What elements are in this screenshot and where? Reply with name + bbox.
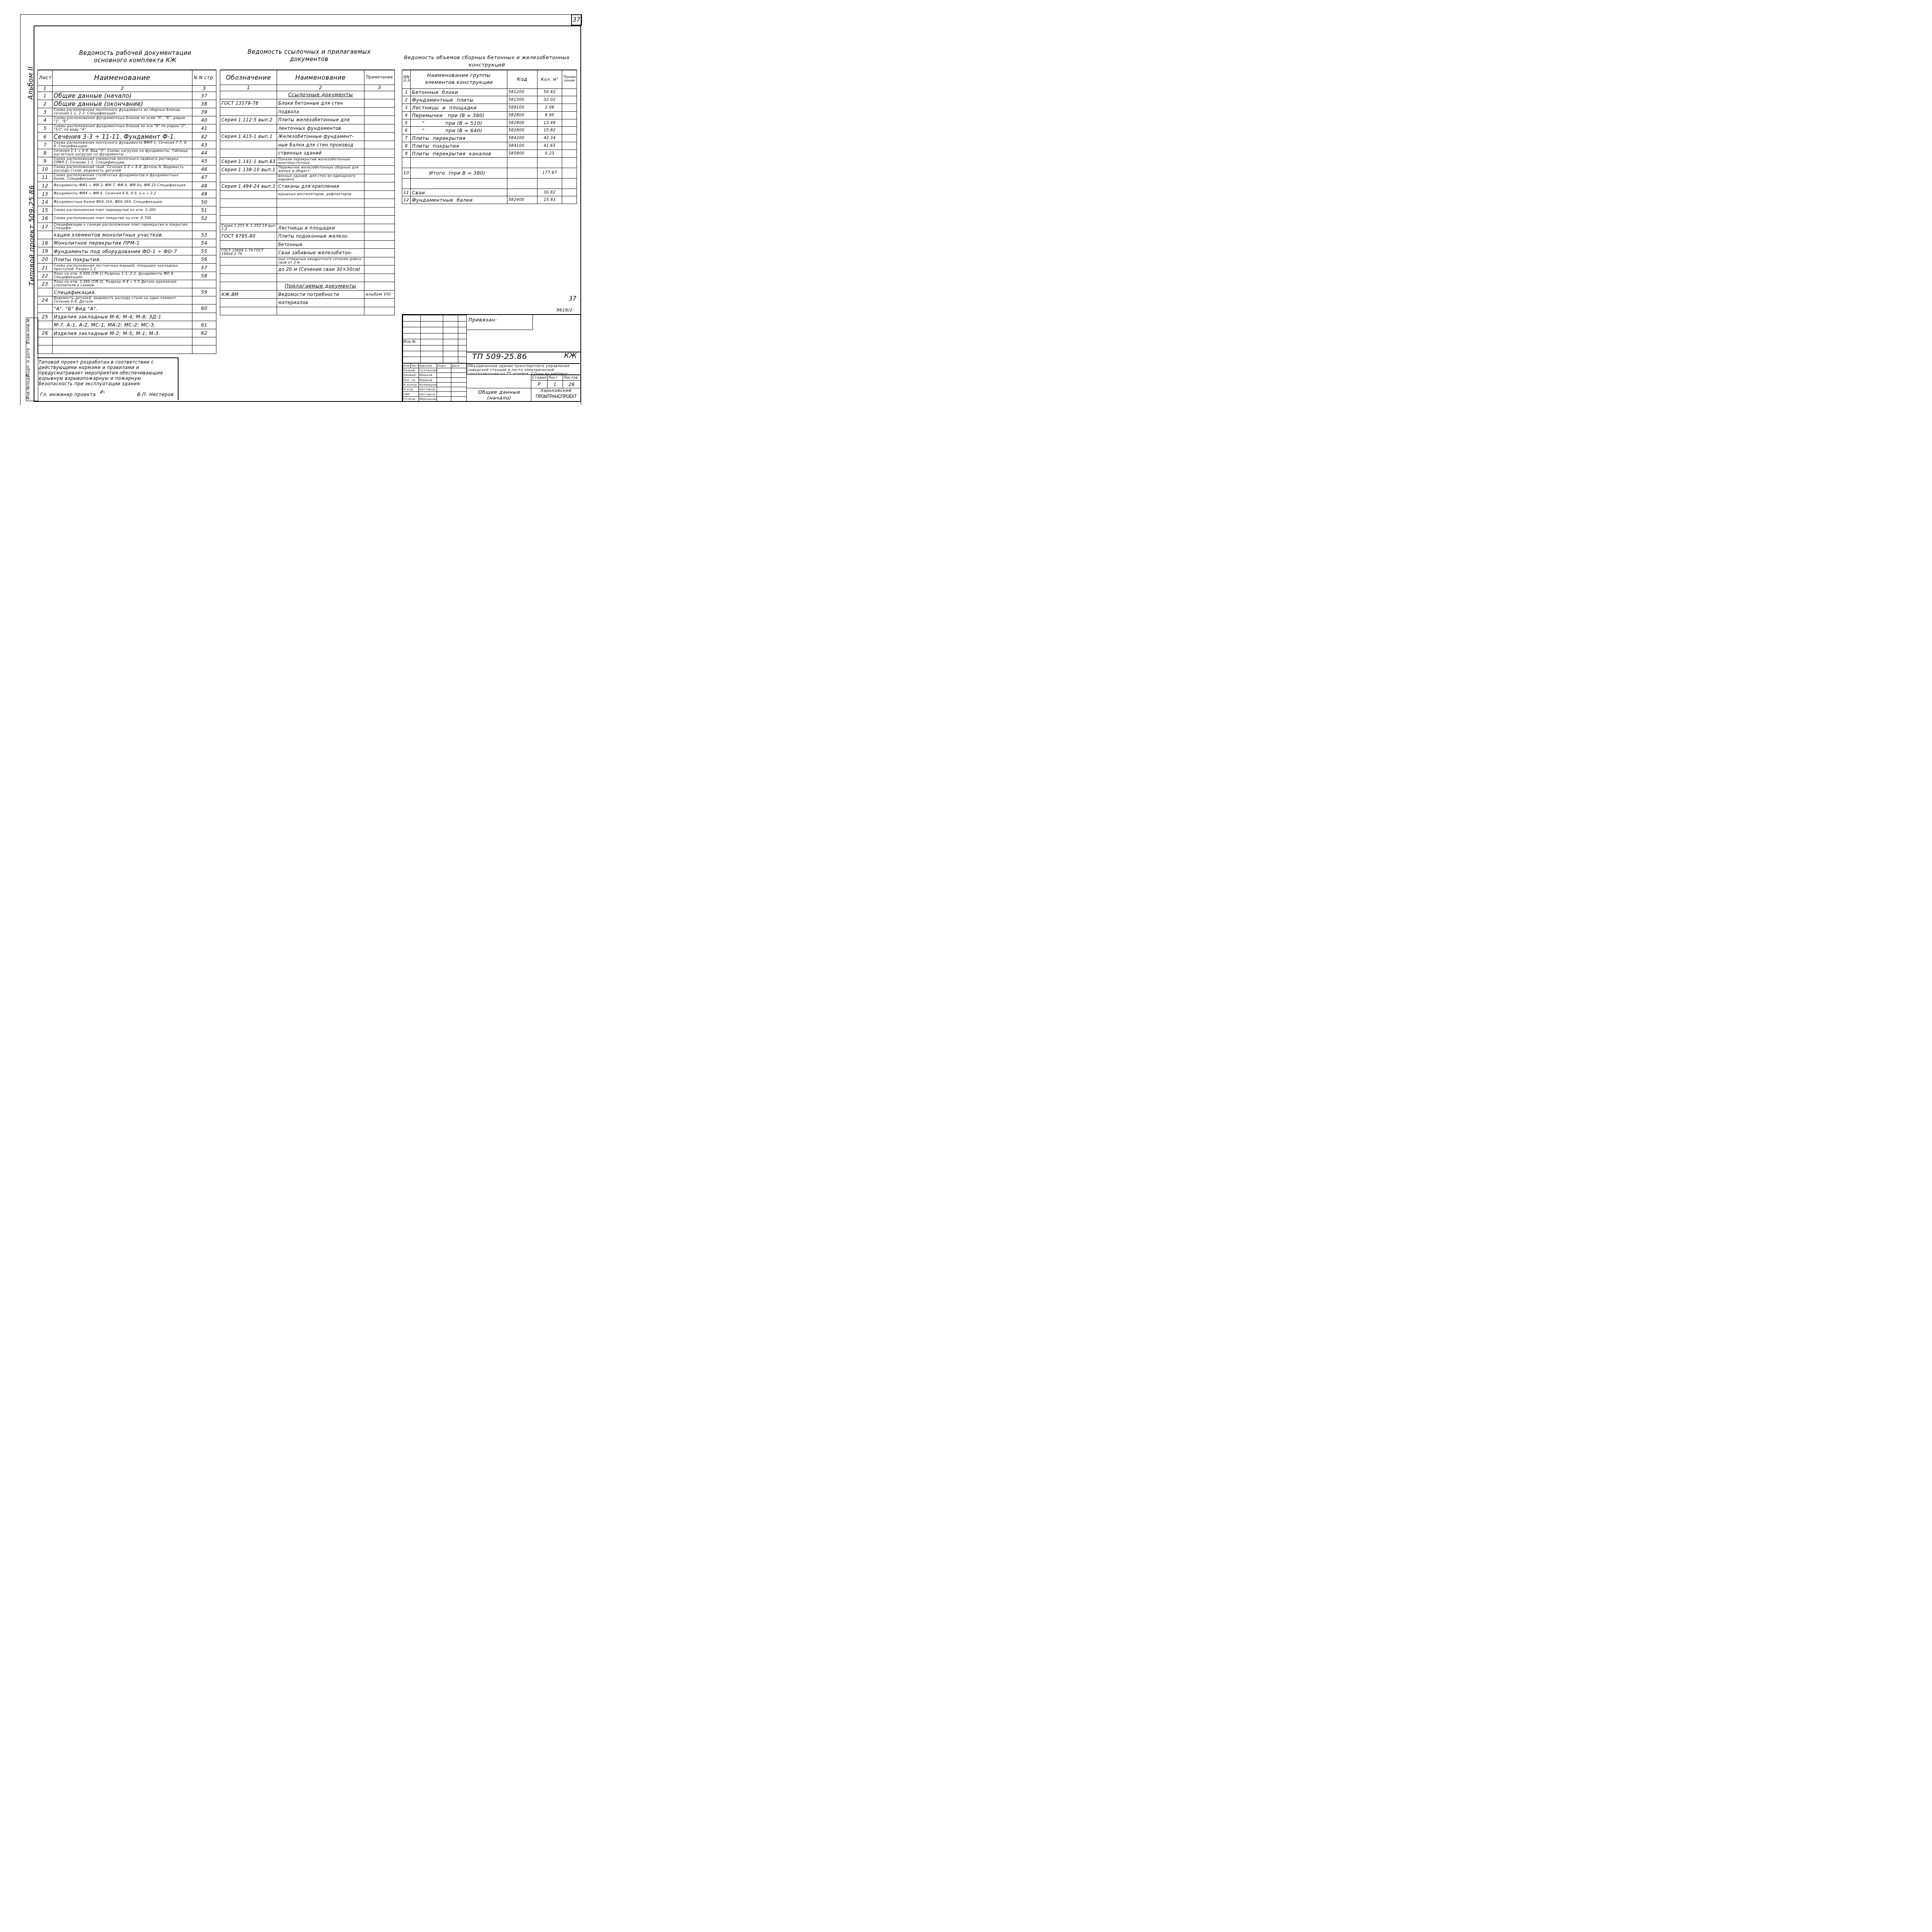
reference-note-cell [364,133,395,141]
col-note-header: Приме-чание [562,70,577,88]
document-name-cell: Схемы расположения фундаментных блоков п… [53,116,192,124]
table-row: 3Лестницы и площадки5891002.06 [402,104,577,112]
reference-name-cell: ные балки для стен производ [277,141,364,149]
page-number-cell: 42 [192,133,216,141]
working-docs-title-line2: основного комплекта КЖ [58,57,213,64]
table-row [220,307,395,315]
date-cell [451,387,467,392]
col-number: 1 [220,85,277,91]
sheet-number-cell: 6 [38,133,53,141]
row-number-cell: 11 [402,189,411,196]
table-row: 7Схема расположения ленточного фундамент… [38,141,216,149]
row-number-cell: 4 [402,111,411,119]
page-number-cell: 56 [192,255,216,264]
reference-name-cell [277,199,364,207]
reference-name-cell: Железобетонные фундамент- [277,133,364,141]
reference-name-cell: материалов [277,299,364,307]
table-row: 7Плиты перекрытия58420042.34 [402,134,577,142]
sheet-number-cell: 14 [38,198,53,206]
reference-note-cell [364,149,395,158]
table-row: ГОСТ 13579-78Блоки бетонные для стен [220,99,395,108]
group-name-cell [411,157,507,168]
table-row: ственных зданий [220,149,395,158]
table-row: 4Схемы расположения фундаментных блоков … [38,116,216,124]
sheet-number-cell: 9 [38,157,53,165]
code-cell: 582800 [507,119,537,127]
sheet-title-line2: (начало) [470,395,528,401]
designation-cell [220,190,277,199]
designation-cell [220,107,277,116]
signatures-table: ИзмЛист№докум.Подп.ДатаРазраб.СултановаП… [403,363,467,401]
sheet-number-cell [38,304,53,313]
signature-role: Провер. [403,373,419,378]
reference-note-cell [364,174,395,182]
table-row: Спецификация.59 [38,288,216,296]
signature-row: Провер.Машков [403,373,467,378]
reference-note-cell [364,299,395,307]
col-name-header: Наименование [53,70,192,85]
designation-cell: ГОСТ 19804.1-79 ГОСТ 19804.2-79 [220,249,277,257]
note-cell [562,150,577,157]
revision-cell [443,315,458,321]
signature-role: ГИП [403,392,419,396]
designation-cell [220,207,277,216]
designation-cell [220,91,277,99]
page-number-cell [192,296,216,304]
designation-cell: ГОСТ 13579-78 [220,99,277,108]
page-number-cell: 45 [192,157,216,165]
document-name-cell: Монолитное перекрытие ПРМ-1 [53,239,192,247]
signature-mark: ✍ [100,388,105,396]
page-number-cell: 61 [192,321,216,329]
reference-name-cell: Плиты подоконные железо- [277,232,364,241]
col-sheet-header: Лист [38,70,53,85]
group-name-cell: Сваи [411,189,507,196]
col-group-name-header: Наименование группы элементов конструкци… [411,70,507,88]
page-number-cell [192,313,216,321]
code-cell: 584100 [507,142,537,150]
col-number: 2 [277,85,364,91]
designation-cell [220,149,277,158]
designation-cell: Серия 1.138-10 вып.1 [220,166,277,174]
revision-cell [403,345,421,351]
working-docs-title-line1: Ведомость рабочей документации [58,49,213,57]
table-row: 24Ведомость деталей, ведомость расхода с… [38,296,216,304]
table-row: 6 " при (В = 640)58280015.82 [402,127,577,134]
table-row [220,216,395,224]
designation-cell [220,174,277,182]
table-row: 6Сечения 3-3 ÷ 11-11. Фундамент Ф-1.42 [38,133,216,141]
note-cell [562,157,577,168]
page-number-cell: 60 [192,304,216,313]
document-name-cell: Плиты покрытия. [53,255,192,264]
binding-area [466,330,581,352]
revision-cell [458,339,467,345]
table-row: 9Схема расположения элементов ленточного… [38,157,216,165]
signature-row: Гл.инж.Мирошников [403,396,467,401]
note-cell [562,127,577,134]
col-number: 2 [53,85,192,92]
reference-name-cell [277,274,364,282]
document-name-cell: Изделия закладные М-6; М-4; М-8; ЗД-1 [53,313,192,321]
volumes-title-line1: Ведомость объемов сборных бетонных и жел… [402,54,572,61]
code-cell [507,189,537,196]
table-row [220,274,395,282]
sheet-number-cell: 16 [38,214,53,223]
designation-cell [220,216,277,224]
page-number-cell: 62 [192,329,216,337]
note-cell [562,178,577,189]
table-row: 1Общие данные (начало)37 [38,92,216,100]
document-name-cell [53,345,192,354]
sheet-number-cell [38,337,53,345]
document-name-cell: План на отм. 3.300 (СМ-2). Разрезы 4-4 ÷… [53,280,192,288]
table-row: 16Схема расположения плит покрытия на от… [38,214,216,223]
table-row: 10 Итого (при В = 380)177.67 [402,168,577,178]
table-row: 1Бетонные блоки58120050.42 [402,88,577,96]
revision-cell [403,333,421,339]
reference-name-cell: до 20 м (Сечение сваи 30×30см) [277,265,364,274]
document-name-cell: Спецификации к схемам расположения плит … [53,223,192,231]
quantity-cell: 42.34 [537,134,562,142]
reference-note-cell [364,240,395,249]
col-note-header: Примечание [364,70,395,85]
code-cell: 584200 [507,134,537,142]
sheet-number-cell: 1 [38,92,53,100]
stage-table: Стадия Лист Листов Р 1 26 [531,375,581,388]
page-number-cell [192,345,216,354]
designation-cell: Серия 1.251-4, 1.252-14 вып 1,2 [220,224,277,232]
revision-cell [443,345,458,351]
col-number: 3 [364,85,395,91]
reference-name-cell: ные сплошные квадратного сечения длина с… [277,257,364,265]
page-number-cell: 58 [192,272,216,280]
row-number-cell: 8 [402,142,411,150]
row-number-cell: 12 [402,196,411,204]
page-number-cell: 53 [192,231,216,239]
table-row: 12Фундаментные балки58240015.93 [402,196,577,204]
reference-name-cell: Перемычки железобетонные сборные для жил… [277,166,364,174]
designation-cell [220,199,277,207]
album-label: Альбом II [27,66,35,100]
reference-name-cell: Ведомости потребности [277,290,364,299]
designation-cell [220,240,277,249]
signature-cell [437,387,451,392]
document-name-cell: Схемы расположения фундаментных блоков п… [53,124,192,133]
table-row: материалов [220,299,395,307]
signature-cell [437,382,451,387]
document-name-cell: Схема расположения ленточного фундамента… [53,141,192,149]
document-name-cell: Схема расположения плит покрытия на отм.… [53,214,192,223]
revision-cell [421,327,443,333]
reference-name-cell: венных зданий, для стен из одинарного ки… [277,174,364,182]
document-code: ТП 509-25.86 [472,352,527,361]
sheet-number-cell: 19 [38,247,53,255]
revision-row [403,321,467,327]
volumes-table: NN п.п Наименование группы элементов кон… [402,70,577,204]
table-row: 12Фундаменты ФМ1 ÷ ФМ-3; ФМ-7, ФМ-9, ФМ-… [38,182,216,190]
signature-name: Султанова [419,368,437,373]
stage-label: Стадия [531,375,548,381]
revision-cell [421,321,443,327]
table-row [220,199,395,207]
signatures-column-header: Подп. [437,364,451,368]
page-number-cell [192,223,216,231]
revision-row [403,327,467,333]
col-designation-header: Обозначение [220,70,277,85]
corner-page-number: 37 [569,295,577,302]
date-cell [451,392,467,396]
reference-name-cell: крышных вентиляторов, дефлекторов [277,190,364,199]
sheet-value: 1 [548,381,563,388]
code-cell: 585800 [507,150,537,157]
table-row: "А", "Б" Вид "А".60 [38,304,216,313]
signature-row: Рук. гр.Машков [403,378,467,382]
designation-cell [220,307,277,315]
signature-cell [437,392,451,396]
designation-cell [220,257,277,265]
page-number-cell: 52 [192,214,216,223]
table-row: 5 " при (В = 510)58280013.49 [402,119,577,127]
group-name-cell: Бетонные блоки [411,88,507,96]
note-cell [562,119,577,127]
volumes-title-line2: конструкций [402,61,572,69]
revision-cell [458,345,467,351]
signature-name: Нестеров [419,387,437,392]
revision-cell [403,321,421,327]
revision-cell [403,357,421,363]
archive-number: 9618/2 [556,308,573,313]
document-name-cell: Общие данные (начало) [53,92,192,100]
designation-cell [220,282,277,291]
reference-note-cell [364,190,395,199]
code-cell: 581200 [507,88,537,96]
row-number-cell: 10 [402,168,411,178]
document-name-cell: Ведомость деталей, ведомость расхода ста… [53,296,192,304]
quantity-cell: 177.67 [537,168,562,178]
quantity-cell: 50.42 [537,88,562,96]
table-row: 20Плиты покрытия.56 [38,255,216,264]
note-cell [562,134,577,142]
group-name-cell: Лестницы и площадки [411,104,507,112]
reference-note-cell [364,274,395,282]
row-number-cell: 6 [402,127,411,134]
table-row: 13Фундаменты ФМ4 ÷ ФМ-6. Сечения 8-8, 9-… [38,190,216,198]
document-name-cell: Фундаментные балки ФБ6-35А, ФБ6-39А. Спе… [53,198,192,206]
table-row: кация элементов монолитных участков.53 [38,231,216,239]
table-row: 19Фундаменты под оборудование ФО-1 ÷ ФО-… [38,247,216,255]
date-cell [451,373,467,378]
code-cell: 582800 [507,111,537,119]
revision-cell [421,339,443,345]
quantity-cell: 32.02 [537,96,562,104]
revision-cell [421,357,443,363]
reference-docs-title: Ведомость ссылочных и прилагаемых докуме… [232,48,386,63]
quantity-cell: 0.23 [537,150,562,157]
note-cell [562,142,577,150]
reference-note-cell [364,166,395,174]
page-number-cell: 59 [192,288,216,296]
document-name-cell: Схема расположения элементов ленточного … [53,157,192,165]
sheet-number-cell: 12 [38,182,53,190]
page-number-cell: 38 [192,100,216,108]
designation-cell [220,299,277,307]
reference-note-cell [364,157,395,166]
revision-row [403,345,467,351]
page-number-cell: 57 [192,264,216,272]
date-cell [451,382,467,387]
code-cell [507,168,537,178]
note-text: Типовой проект разработан в соответствии… [39,359,176,386]
group-name-cell: Фундаментные плиты [411,96,507,104]
table-row: Серия 1.138-10 вып.1Перемычки железобето… [220,166,395,174]
sheet-number-cell [38,321,53,329]
signatures-header-row: ИзмЛист№докум.Подп.Дата [403,364,467,368]
reference-name-cell: подвала [277,107,364,116]
table-row: Серия 1.141-1 вып.63Панели перекрытий же… [220,157,395,166]
signature-role: Рук. гр. [403,378,419,382]
reference-note-cell [364,249,395,257]
signature-row: ГИПНестеров [403,392,467,396]
reference-name-cell: бетонные [277,240,364,249]
signature-role: Разраб. [403,368,419,373]
reference-docs-title-line1: Ведомость ссылочных и прилагаемых [232,48,386,56]
document-mark: КЖ [564,352,577,360]
page-number-cell: 48 [192,182,216,190]
reference-name-cell: Лестницы и площадки [277,224,364,232]
col-quantity-header: Кол. м³ [537,70,562,88]
signatures-column-header: Лист [411,364,419,368]
group-name-cell: Итого (при В = 380) [411,168,507,178]
group-name-cell: " при (В = 510) [411,119,507,127]
row-number-cell: 9 [402,150,411,157]
document-name-cell: Схема расположения лестничных маршей, пл… [53,264,192,272]
sheet-number-cell: 5 [38,124,53,133]
table-row: ленточных фундаментов [220,124,395,133]
reference-name-cell [277,216,364,224]
sheet-number-cell: 26 [38,329,53,337]
col-number: 1 [38,85,53,92]
col-number: 3 [192,85,216,92]
page-number-cell: 43 [192,141,216,149]
revision-cell [403,315,421,321]
signature-cell [437,368,451,373]
reference-note-cell [364,91,395,99]
note-cell [562,189,577,196]
code-cell [507,178,537,189]
table-row: Ссылочные документы [220,91,395,99]
table-row: 14Фундаментные балки ФБ6-35А, ФБ6-39А. С… [38,198,216,206]
note-cell [562,104,577,112]
table-row: ные балки для стен производ [220,141,395,149]
revision-cell [443,333,458,339]
table-row: 22План на отм. 0.000 (СМ-1) Разрезы 1-1;… [38,272,216,280]
stamp-sign-date: Подп. и дата [26,348,31,377]
page-number-cell [192,337,216,345]
table-row: 8Плиты покрытия58410041.65 [402,142,577,150]
signature-cell [437,396,451,401]
quantity-cell: 15.82 [537,127,562,134]
table-row: подвала [220,107,395,116]
table-row: 26Изделия закладные М-2; М-5; М-1; М-3.6… [38,329,216,337]
sheet-number-cell: 10 [38,165,53,173]
code-cell: 582400 [507,196,537,204]
reference-note-cell [364,282,395,291]
table-row: венных зданий, для стен из одинарного ки… [220,174,395,182]
document-name-cell: Сечения 3-3 ÷ 11-11. Фундамент Ф-1. [53,133,192,141]
group-name-cell [411,178,507,189]
page-number-cell: 55 [192,247,216,255]
document-name-cell: М-7, А-1, А-2, МС-1, МА-2; МС-2; МС-3. [53,321,192,329]
revision-cell [458,351,467,357]
sheet-number-cell: 13 [38,190,53,198]
document-name-cell: Фундаменты ФМ1 ÷ ФМ-3; ФМ-7, ФМ-9, ФМ-9а… [53,182,192,190]
table-row: 11Сваи30.82 [402,189,577,196]
table-row: 11Схема расположения столбчатых фундамен… [38,173,216,182]
revision-cell [421,351,443,357]
reference-name-cell: Панели перекрытий железобетонные многопу… [277,157,364,166]
reference-name-cell: ленточных фундаментов [277,124,364,133]
reference-note-cell: альбом VIII [364,290,395,299]
table-row: 18Монолитное перекрытие ПРМ-154 [38,239,216,247]
table-row: до 20 м (Сечение сваи 30×30см) [220,265,395,274]
row-number-cell: 1 [402,88,411,96]
sheet-number-cell: 22 [38,272,53,280]
table-row: ные сплошные квадратного сечения длина с… [220,257,395,265]
revision-cell [421,315,443,321]
table-row: 8Сечения 1-1 ÷ 6-6. Вид "А". Схемы нагру… [38,149,216,157]
sheet-number-cell: 4 [38,116,53,124]
signature-name: Мирошников [419,396,437,401]
table-row: М-7, А-1, А-2, МС-1, МА-2; МС-2; МС-3.61 [38,321,216,329]
reference-name-cell: Прилагаемые документы [277,282,364,291]
sheet-number-cell: 21 [38,264,53,272]
quantity-cell [537,157,562,168]
project-label: Типовой проект 509-25.86 [28,185,36,286]
page-number-cell: 51 [192,206,216,214]
quantity-cell: 41.65 [537,142,562,150]
revision-cell [443,321,458,327]
group-name-cell: " при (В = 640) [411,127,507,134]
sheet-number-cell: 24 [38,296,53,304]
designation-cell: Серия 1.494-24 вып.1 [220,182,277,191]
table-row [220,207,395,216]
date-cell [451,378,467,382]
signatures-column-header: Изм [403,364,411,368]
note-cell [562,168,577,178]
col-number-header: NN п.п [402,70,411,88]
reference-note-cell [364,116,395,124]
row-number-cell [402,178,411,189]
page-number-cell: 37 [192,92,216,100]
quantity-cell: 8.95 [537,111,562,119]
revision-cell [458,333,467,339]
sheet-number-cell: 11 [38,173,53,182]
group-name-cell: Плиты покрытия [411,142,507,150]
page-number-cell: 46 [192,165,216,173]
designation-cell: Серия 1.415-1 вып.1 [220,133,277,141]
table-row: Серия 1.112-5 вып.2Плиты железобетонные … [220,116,395,124]
inventory-number-label: Инв.№ [403,340,416,344]
document-name-cell: Общие данные (окончание) [53,100,192,108]
document-name-cell: Спецификация. [53,288,192,296]
sheet-label: Лист [548,375,563,381]
table-row [402,157,577,168]
signature-name: Машков [419,373,437,378]
table-row [402,178,577,189]
page-number-cell: 39 [192,108,216,116]
sheet-title-line1: Общие данные [470,389,528,395]
